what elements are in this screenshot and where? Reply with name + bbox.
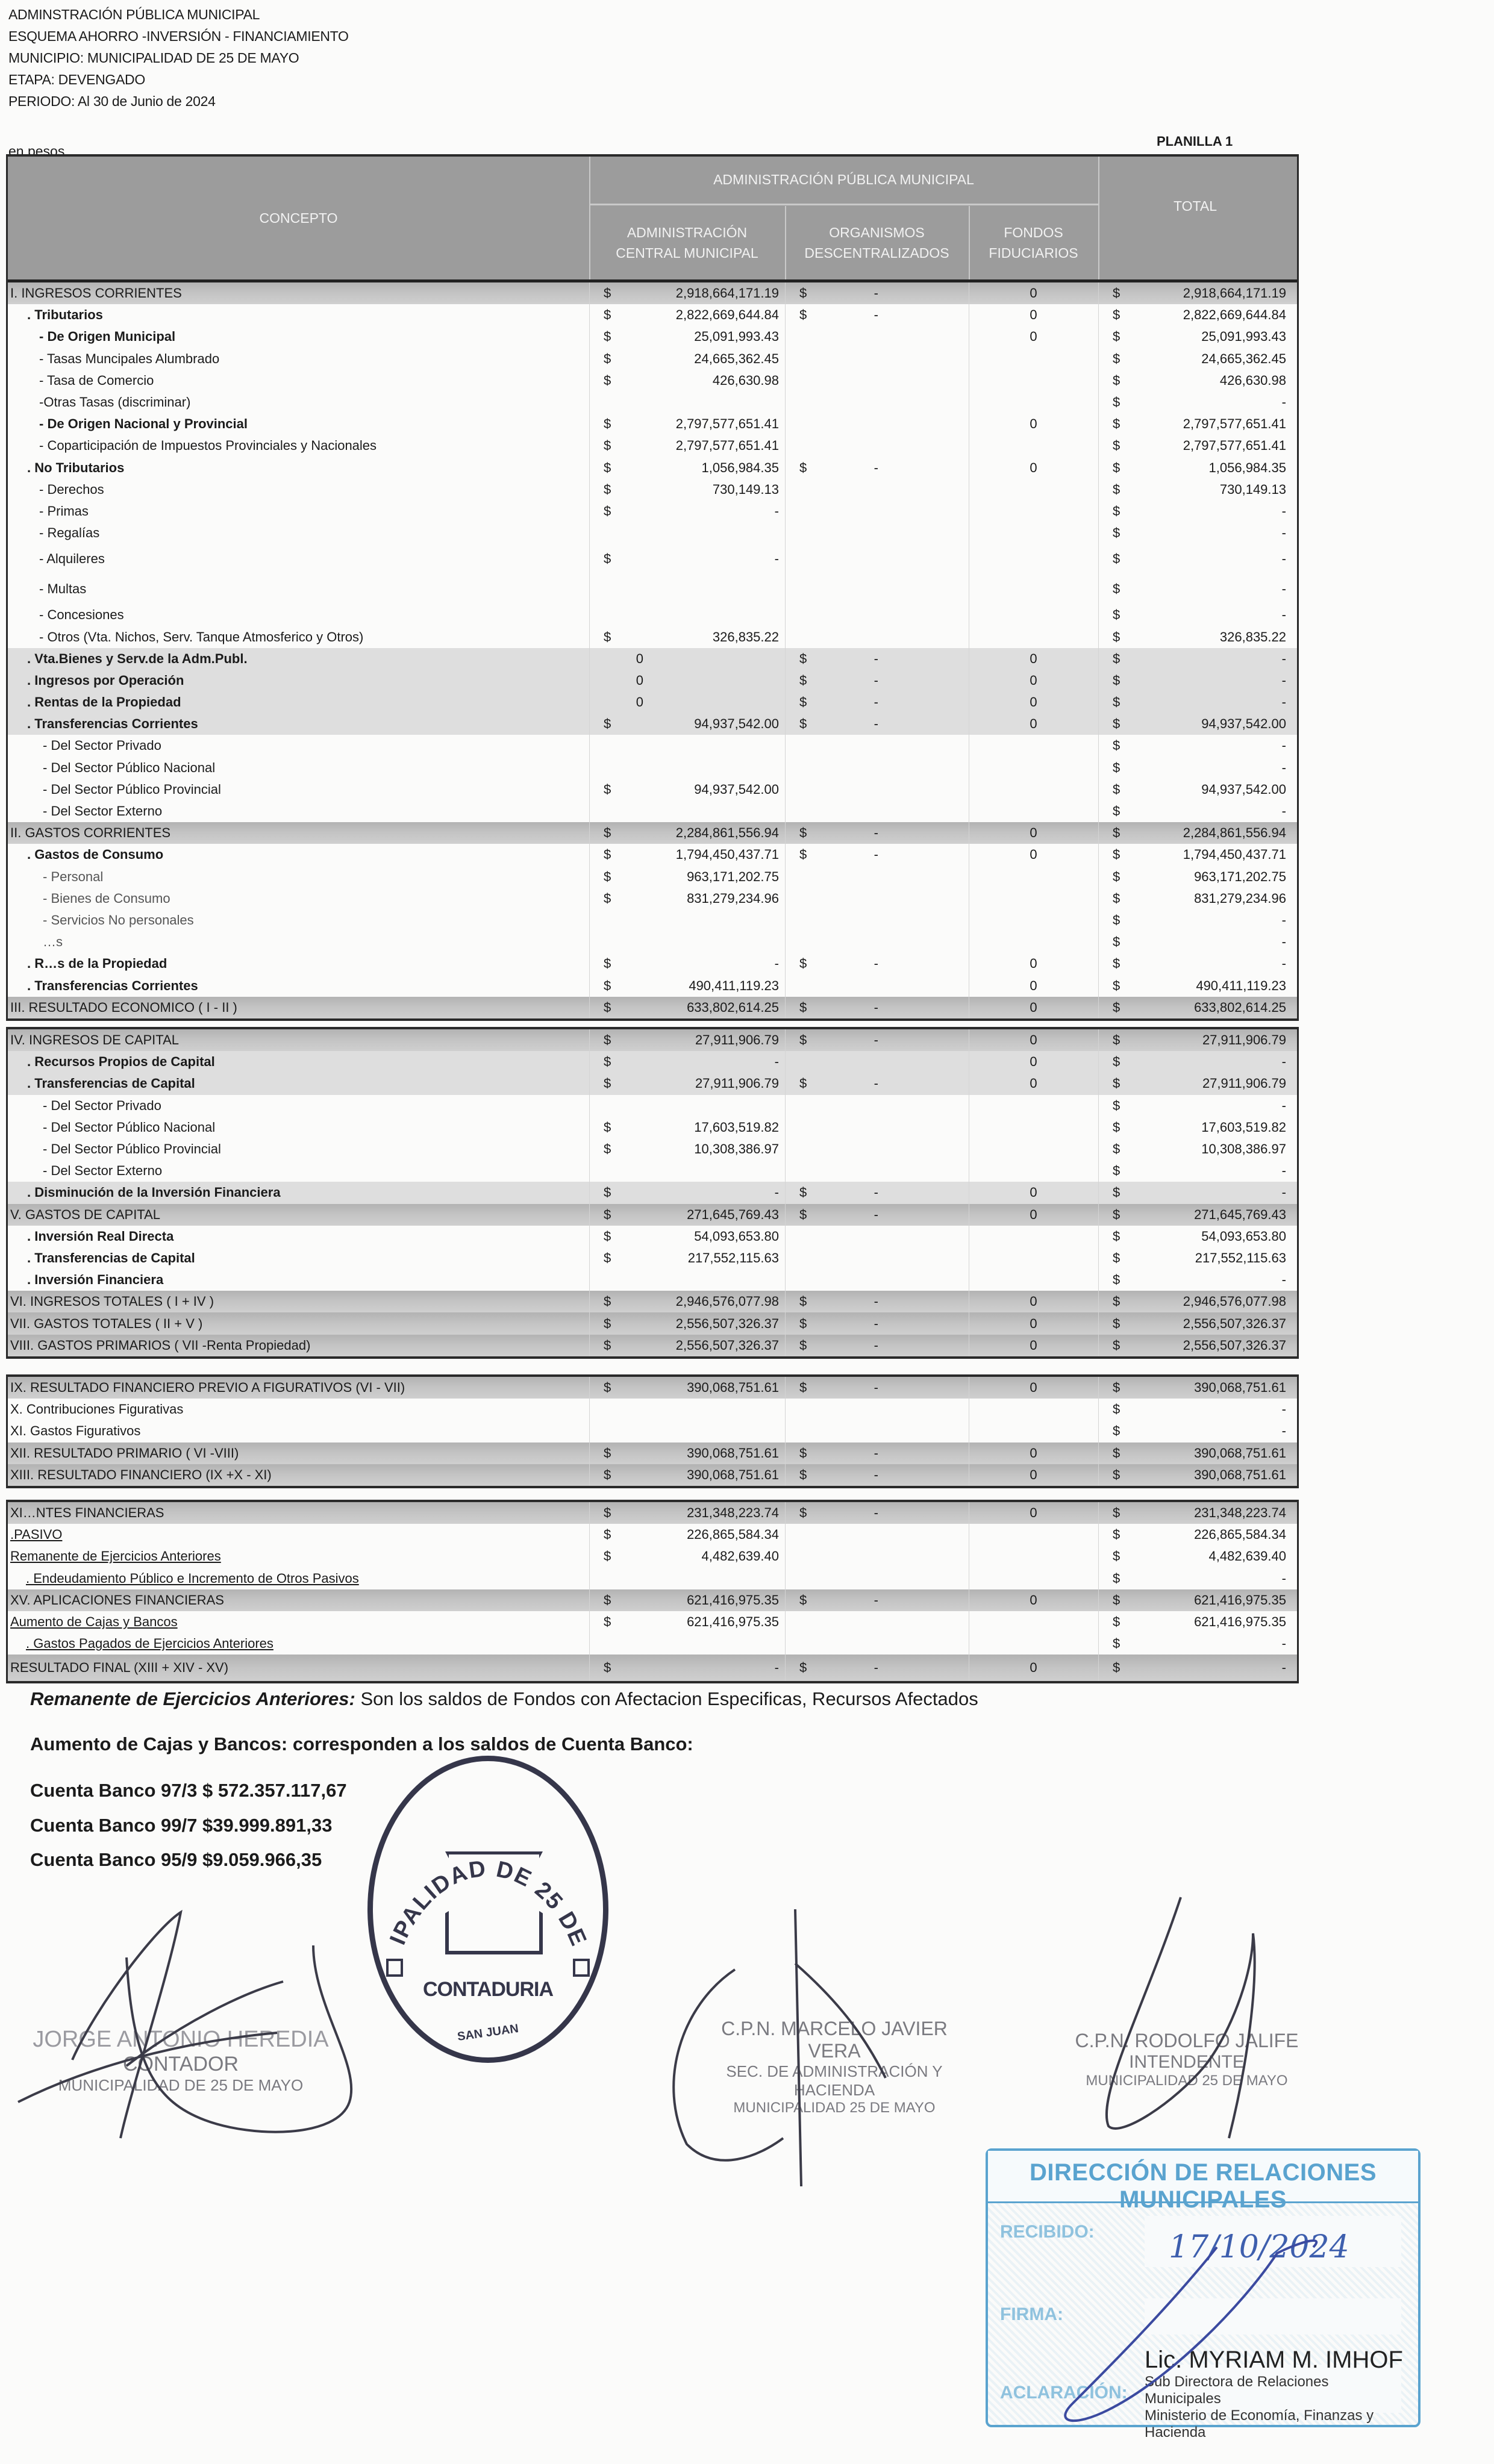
amount-value: 17,603,519.82 [1201,1120,1286,1135]
table-row: Remanente de Ejercicios Anteriores$4,482… [8,1545,1297,1567]
cell-central: $- [589,1182,785,1203]
row-label: . Gastos Pagados de Ejercicios Anteriore… [26,1636,273,1652]
amount-value: - [1282,1185,1286,1200]
cell-organismos: $- [785,1655,969,1681]
currency-symbol: $ [1113,782,1120,797]
note-aumento: Aumento de Cajas y Bancos: corresponden … [30,1733,693,1755]
amount-value: - [1282,525,1286,541]
fondos-value: 0 [1030,1076,1037,1091]
amount-value: 2,797,577,651.41 [1183,438,1286,454]
currency-symbol: $ [1113,934,1120,950]
amount-value: 217,552,115.63 [688,1250,779,1266]
currency-symbol: $ [1113,1098,1120,1114]
currency-symbol: $ [1113,1402,1120,1417]
table-row: - Del Sector Privado$- [8,735,1297,756]
cell-total: $- [1098,670,1292,691]
currency-symbol: $ [1113,1549,1120,1564]
note-account-2: Cuenta Banco 99/7 $39.999.891,33 [30,1815,332,1836]
table-block-resultados: IX. RESULTADO FINANCIERO PREVIO A FIGURA… [6,1374,1299,1488]
currency-symbol: $ [1113,1423,1120,1439]
currency-symbol: $ [799,716,807,732]
currency-symbol: $ [604,1229,611,1244]
currency-symbol: $ [1113,956,1120,972]
amount-value: - [1282,934,1286,950]
amount-value: - [874,1660,878,1676]
currency-symbol: $ [799,956,807,972]
cell-central: $- [589,1051,785,1073]
amount-value: - [775,1054,779,1070]
table-row: - Primas$-$- [8,501,1297,522]
row-label: Aumento de Cajas y Bancos [10,1614,178,1630]
currency-symbol: $ [604,416,611,432]
cell-organismos: $- [785,1502,969,1524]
row-label: Remanente de Ejercicios Anteriores [10,1549,221,1564]
table-row: . No Tributarios$1,056,984.35$-0$1,056,9… [8,457,1297,479]
fondos-value: 0 [1030,1054,1037,1070]
row-label: - Del Sector Privado [43,1098,161,1114]
table-row: . R…s de la Propiedad$-$-0$- [8,953,1297,975]
fondos-value: 0 [1030,460,1037,476]
table-body: I. INGRESOS CORRIENTES$2,918,664,171.19$… [8,282,1297,1018]
amount-value: - [1282,956,1286,972]
table-row: - De Origen Municipal$25,091,993.430$25,… [8,326,1297,348]
fondos-value: 0 [1030,416,1037,432]
cell-fondos: 0 [969,282,1098,304]
row-label: I. INGRESOS CORRIENTES [10,285,182,301]
cell-fondos: 0 [969,1051,1098,1073]
row-label: . Transferencias Corrientes [27,716,198,732]
currency-symbol: $ [1113,607,1120,623]
table-row: …s$- [8,931,1297,953]
amount-value: - [1282,1402,1286,1417]
amount-value: - [874,1505,878,1521]
cell-central: $27,911,906.79 [589,1073,785,1094]
currency-symbol: $ [604,1250,611,1266]
amount-value: - [775,956,779,972]
amount-value: 0 [636,651,643,667]
cell-central: $621,416,975.35 [589,1589,785,1611]
cell-organismos: $- [785,1377,969,1399]
cell-total: $- [1098,1420,1292,1442]
row-label: . Inversión Real Directa [27,1229,173,1244]
table-row: XII. RESULTADO PRIMARIO ( VI -VIII)$390,… [8,1443,1297,1464]
cell-organismos: $- [785,1464,969,1486]
cell-central: $94,937,542.00 [589,713,785,735]
amount-value: - [874,847,878,862]
amount-value: 963,171,202.75 [687,869,779,885]
cell-central: $390,068,751.61 [589,1464,785,1486]
cell-total: $621,416,975.35 [1098,1589,1292,1611]
fondos-value: 0 [1030,1592,1037,1608]
cell-total: $226,865,584.34 [1098,1524,1292,1545]
cell-central: $27,911,906.79 [589,1029,785,1051]
currency-symbol: $ [604,460,611,476]
table-row: X. Contribuciones Figurativas$- [8,1399,1297,1420]
currency-symbol: $ [799,1467,807,1483]
currency-symbol: $ [604,1505,611,1521]
table-block-current: CONCEPTO ADMINISTRACIÓN PÚBLICA MUNICIPA… [6,154,1299,1021]
table-row: . Recursos Propios de Capital$-0$- [8,1051,1297,1073]
cell-total: $730,149.13 [1098,479,1292,501]
cell-organismos: $- [785,457,969,479]
currency-symbol: $ [799,1338,807,1353]
cell-total: $963,171,202.75 [1098,866,1292,888]
table-row: - Del Sector Externo$- [8,1160,1297,1182]
row-label: - Del Sector Privado [43,738,161,753]
amount-value: - [775,1185,779,1200]
table-row: . Tributarios$2,822,669,644.84$-0$2,822,… [8,304,1297,326]
currency-symbol: $ [799,1032,807,1048]
amount-value: 24,665,362.45 [694,351,779,367]
table-row: - Del Sector Público Provincial$94,937,5… [8,779,1297,800]
cell-fondos: 0 [969,326,1098,348]
currency-symbol: $ [1113,1446,1120,1461]
amount-value: 231,348,223.74 [687,1505,779,1521]
currency-symbol: $ [799,1592,807,1608]
cell-fondos: 0 [969,1589,1098,1611]
amount-value: 226,865,584.34 [687,1527,779,1542]
table-block-capital: IV. INGRESOS DE CAPITAL$27,911,906.79$-0… [6,1027,1299,1359]
currency-symbol: $ [1113,1120,1120,1135]
currency-symbol: $ [604,891,611,906]
cell-central: $831,279,234.96 [589,888,785,909]
amount-value: - [1282,504,1286,519]
amount-value: 730,149.13 [713,482,779,497]
table-row: - Otros (Vta. Nichos, Serv. Tanque Atmos… [8,626,1297,647]
cell-total: $2,797,577,651.41 [1098,435,1292,457]
currency-symbol: $ [604,629,611,645]
cell-total: $- [1098,909,1292,931]
currency-symbol: $ [1113,1294,1120,1309]
cell-total: $831,279,234.96 [1098,888,1292,909]
table-row: . Ingresos por Operación0$-0$- [8,670,1297,691]
table-row: - Del Sector Público Provincial$10,308,3… [8,1138,1297,1160]
amount-value: 24,665,362.45 [1201,351,1286,367]
row-label: RESULTADO FINAL (XIII + XIV - XV) [10,1660,228,1676]
row-label: . Tributarios [27,307,103,323]
currency-symbol: $ [1113,891,1120,906]
currency-symbol: $ [1113,912,1120,928]
row-label: - Otros (Vta. Nichos, Serv. Tanque Atmos… [39,629,363,645]
cell-total: $- [1098,735,1292,756]
currency-symbol: $ [1113,460,1120,476]
cell-total: $54,093,653.80 [1098,1226,1292,1247]
cell-fondos: 0 [969,1204,1098,1226]
table-row: . Gastos Pagados de Ejercicios Anteriore… [8,1633,1297,1655]
amount-value: - [874,1467,878,1483]
table-body: IV. INGRESOS DE CAPITAL$27,911,906.79$-0… [8,1029,1297,1356]
cell-organismos: $- [785,670,969,691]
table-row: . Vta.Bienes y Serv.de la Adm.Publ.0$-0$… [8,648,1297,670]
cell-central: $2,556,507,326.37 [589,1335,785,1356]
currency-symbol: $ [604,1207,611,1223]
amount-value: 390,068,751.61 [1194,1467,1286,1483]
row-label: VI. INGRESOS TOTALES ( I + IV ) [10,1294,214,1309]
fondos-value: 0 [1030,1000,1037,1015]
table-body: IX. RESULTADO FINANCIERO PREVIO A FIGURA… [8,1377,1297,1486]
row-label: - Del Sector Externo [43,803,162,819]
currency-symbol: $ [799,1446,807,1461]
table-row: . Disminución de la Inversión Financiera… [8,1182,1297,1203]
row-label: - Alquileres [39,551,105,567]
currency-symbol: $ [604,1141,611,1157]
currency-symbol: $ [799,1076,807,1091]
cell-total: $- [1098,522,1292,544]
fondos-value: 0 [1030,694,1037,710]
row-label: - Derechos [39,482,104,497]
cell-total: $- [1098,501,1292,522]
table-row: .PASIVO$226,865,584.34$226,865,584.34 [8,1524,1297,1545]
cell-organismos: $- [785,1443,969,1464]
currency-symbol: $ [604,1294,611,1309]
currency-symbol: $ [1113,1207,1120,1223]
currency-symbol: $ [604,1380,611,1396]
fondos-value: 0 [1030,1660,1037,1676]
row-label: . Rentas de la Propiedad [27,694,181,710]
cell-central: $94,937,542.00 [589,779,785,800]
currency-symbol: $ [1113,978,1120,994]
currency-symbol: $ [604,351,611,367]
currency-symbol: $ [604,1316,611,1332]
currency-symbol: $ [1113,803,1120,819]
cell-fondos: 0 [969,1464,1098,1486]
currency-symbol: $ [1113,1614,1120,1630]
cell-total: $- [1098,648,1292,670]
currency-symbol: $ [1113,1000,1120,1015]
table-row: . Transferencias de Capital$27,911,906.7… [8,1073,1297,1094]
cell-central: $226,865,584.34 [589,1524,785,1545]
table-row: VIII. GASTOS PRIMARIOS ( VII -Renta Prop… [8,1335,1297,1356]
cell-total: $- [1098,391,1292,413]
amount-value: - [1282,1636,1286,1652]
currency-symbol: $ [1113,1527,1120,1542]
cell-central: $54,093,653.80 [589,1226,785,1247]
currency-symbol: $ [604,1446,611,1461]
currency-symbol: $ [1113,673,1120,688]
amount-value: 390,068,751.61 [687,1467,779,1483]
cell-organismos: $- [785,953,969,975]
amount-value: - [874,1207,878,1223]
currency-symbol: $ [604,978,611,994]
cell-central: 0 [589,648,785,670]
currency-symbol: $ [604,1467,611,1483]
row-label: - Tasa de Comercio [39,373,154,388]
fondos-value: 0 [1030,1338,1037,1353]
amount-value: - [775,551,779,567]
note-remanente: Remanente de Ejercicios Anteriores: Son … [30,1688,978,1710]
table-row: - Personal$963,171,202.75$963,171,202.75 [8,866,1297,888]
currency-symbol: $ [799,1505,807,1521]
amount-value: 426,630.98 [713,373,779,388]
currency-symbol: $ [604,1054,611,1070]
amount-value: 271,645,769.43 [687,1207,779,1223]
cell-central: $2,797,577,651.41 [589,435,785,457]
amount-value: - [874,1000,878,1015]
fondos-value: 0 [1030,673,1037,688]
cell-organismos: $- [785,1589,969,1611]
cell-total: $- [1098,800,1292,822]
cell-total: $27,911,906.79 [1098,1073,1292,1094]
cell-fondos: 0 [969,1502,1098,1524]
cell-central: $24,665,362.45 [589,348,785,370]
header-line-municipio: MUNICIPIO: MUNICIPALIDAD DE 25 DE MAYO [8,47,349,69]
table-row: . Endeudamiento Público e Incremento de … [8,1568,1297,1589]
amount-value: 730,149.13 [1220,482,1286,497]
cell-central: $2,822,669,644.84 [589,304,785,326]
cell-central: $271,645,769.43 [589,1204,785,1226]
amount-value: 390,068,751.61 [687,1380,779,1396]
amount-value: - [874,1592,878,1608]
cell-fondos: 0 [969,844,1098,866]
currency-symbol: $ [1113,1316,1120,1332]
amount-value: 17,603,519.82 [694,1120,779,1135]
cell-central: $231,348,223.74 [589,1502,785,1524]
row-label: IX. RESULTADO FINANCIERO PREVIO A FIGURA… [10,1380,405,1396]
amount-value: - [874,1380,878,1396]
cell-central: $2,946,576,077.98 [589,1291,785,1312]
table-row: Aumento de Cajas y Bancos$621,416,975.35… [8,1611,1297,1633]
cell-central: $2,284,861,556.94 [589,822,785,844]
cell-fondos: 0 [969,1182,1098,1203]
cell-central: 0 [589,691,785,713]
table-row: XIII. RESULTADO FINANCIERO (IX +X - XI)$… [8,1464,1297,1486]
amount-value: 2,556,507,326.37 [1183,1338,1286,1353]
cell-fondos: 0 [969,1335,1098,1356]
currency-symbol: $ [799,673,807,688]
cell-fondos: 0 [969,975,1098,996]
row-label: - Del Sector Externo [43,1163,162,1179]
currency-symbol: $ [1113,869,1120,885]
currency-symbol: $ [1113,1250,1120,1266]
table-row: - Regalías$- [8,522,1297,544]
amount-value: - [1282,1098,1286,1114]
amount-value: 2,797,577,651.41 [676,416,779,432]
amount-value: - [1282,694,1286,710]
amount-value: 621,416,975.35 [687,1614,779,1630]
cell-total: $1,794,450,437.71 [1098,844,1292,866]
currency-symbol: $ [1113,1636,1120,1652]
amount-value: - [874,1294,878,1309]
note-account-3: Cuenta Banco 95/9 $9.059.966,35 [30,1849,322,1871]
header-line-scheme: ESQUEMA AHORRO -INVERSIÓN - FINANCIAMIEN… [8,25,349,47]
fondos-value: 0 [1030,329,1037,345]
amount-value: 2,284,861,556.94 [676,825,779,841]
row-label: XII. RESULTADO PRIMARIO ( VI -VIII) [10,1446,239,1461]
amount-value: - [874,1446,878,1461]
cell-total: $10,308,386.97 [1098,1138,1292,1160]
table-body: XI…NTES FINANCIERAS$231,348,223.74$-0$23… [8,1502,1297,1681]
row-label: - Personal [43,869,103,885]
fondos-value: 0 [1030,716,1037,732]
amount-value: - [1282,395,1286,410]
row-label: - Del Sector Público Nacional [43,760,215,776]
currency-symbol: $ [799,307,807,323]
stamp-handwritten-signature [988,2151,1418,2425]
row-label: XI. Gastos Figurativos [10,1423,140,1439]
fondos-value: 0 [1030,825,1037,841]
amount-value: 2,797,577,651.41 [676,438,779,454]
cell-central: $217,552,115.63 [589,1247,785,1269]
amount-value: 621,416,975.35 [1194,1614,1286,1630]
currency-symbol: $ [604,1185,611,1200]
amount-value: - [1282,651,1286,667]
amount-value: 2,918,664,171.19 [1183,285,1286,301]
currency-symbol: $ [1113,438,1120,454]
amount-value: - [1282,673,1286,688]
table-row: - Concesiones$- [8,604,1297,626]
currency-symbol: $ [604,482,611,497]
cell-organismos: $- [785,1182,969,1203]
currency-symbol: $ [1113,1467,1120,1483]
table-row: - Del Sector Público Nacional$17,603,519… [8,1117,1297,1138]
table-row: V. GASTOS DE CAPITAL$271,645,769.43$-0$2… [8,1204,1297,1226]
row-label: . R…s de la Propiedad [27,956,167,972]
row-label: X. Contribuciones Figurativas [10,1402,183,1417]
table-row: -Otras Tasas (discriminar)$- [8,391,1297,413]
amount-value: - [874,716,878,732]
row-label: - De Origen Municipal [39,329,175,345]
row-label: . Gastos de Consumo [27,847,163,862]
currency-symbol: $ [1113,1592,1120,1608]
currency-symbol: $ [604,504,611,519]
document-header: ADMINSTRACIÓN PÚBLICA MUNICIPAL ESQUEMA … [8,4,349,112]
cell-total: $- [1098,691,1292,713]
currency-symbol: $ [604,1000,611,1015]
amount-value: 1,056,984.35 [702,460,779,476]
currency-symbol: $ [1113,1185,1120,1200]
cell-total: $426,630.98 [1098,370,1292,391]
row-label: - Del Sector Público Nacional [43,1120,215,1135]
currency-symbol: $ [799,825,807,841]
cell-central: $390,068,751.61 [589,1377,785,1399]
table-row: . Transferencias Corrientes$490,411,119.… [8,975,1297,996]
cell-central: $963,171,202.75 [589,866,785,888]
amount-value: - [1282,912,1286,928]
cell-total: $94,937,542.00 [1098,713,1292,735]
fondos-value: 0 [1030,285,1037,301]
table-row: - Alquileres$-$- [8,544,1297,574]
amount-value: - [1282,760,1286,776]
amount-value: 831,279,234.96 [1194,891,1286,906]
table-row: . Transferencias de Capital$217,552,115.… [8,1247,1297,1269]
cell-total: $2,284,861,556.94 [1098,822,1292,844]
row-label: .PASIVO [10,1527,62,1542]
cell-total: $390,068,751.61 [1098,1377,1292,1399]
cell-total: $27,911,906.79 [1098,1029,1292,1051]
cell-central: $633,802,614.25 [589,997,785,1018]
row-label: …s [43,934,63,950]
table-row: - Coparticipación de Impuestos Provincia… [8,435,1297,457]
amount-value: - [775,504,779,519]
amount-value: 217,552,115.63 [1195,1250,1286,1266]
cell-total: $- [1098,1051,1292,1073]
row-label: . No Tributarios [27,460,124,476]
amount-value: 2,946,576,077.98 [676,1294,779,1309]
currency-symbol: $ [1113,760,1120,776]
note-remanente-text: Son los saldos de Fondos con Afectacion … [360,1688,978,1709]
table-row: . Rentas de la Propiedad0$-0$- [8,691,1297,713]
table-block-financiamiento: XI…NTES FINANCIERAS$231,348,223.74$-0$23… [6,1500,1299,1683]
row-label: IV. INGRESOS DE CAPITAL [10,1032,179,1048]
cell-total: $17,603,519.82 [1098,1117,1292,1138]
amount-value: 2,556,507,326.37 [676,1316,779,1332]
cell-total: $4,482,639.40 [1098,1545,1292,1567]
row-label: . Inversión Financiera [27,1272,163,1288]
note-remanente-label: Remanente de Ejercicios Anteriores: [30,1688,355,1709]
cell-fondos: 0 [969,1073,1098,1094]
cell-total: $271,645,769.43 [1098,1204,1292,1226]
amount-value: - [874,694,878,710]
